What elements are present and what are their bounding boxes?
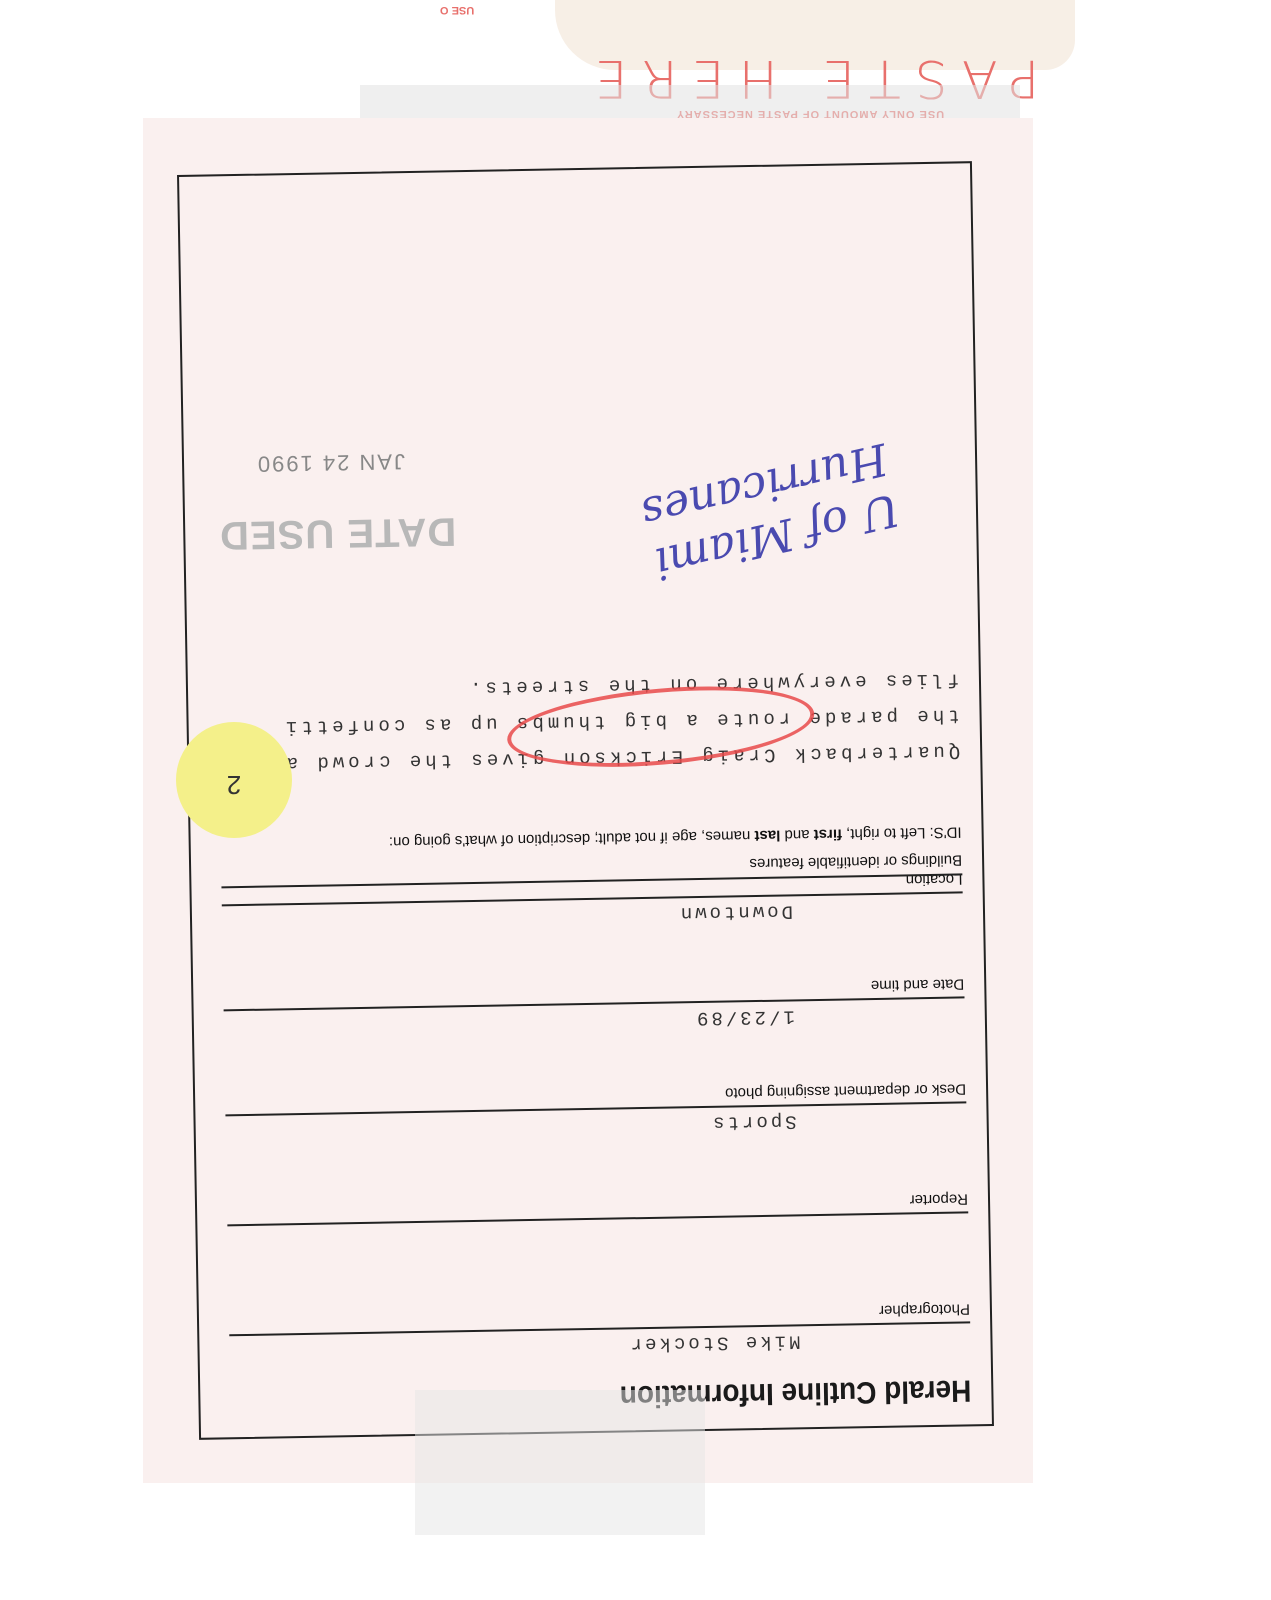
tape-bottom [415,1390,705,1535]
sticker-number: 2 [176,769,292,800]
form-border: Herald Cutline Information Mike Stocker … [177,161,994,1440]
handwritten-note: U of Miami Hurricanes [588,432,904,601]
date-used-stamp: DATE USED [219,508,457,557]
corner-note: USE O [440,4,474,16]
field-photographer: Mike Stocker Photographer [229,1300,971,1362]
field-reporter: Reporter [227,1190,969,1252]
date-stamp: JAN 24 1990 [256,448,406,477]
number-sticker: 2 [176,722,292,838]
ids-instructions: Buildings or identifiable features ID'S:… [221,821,962,862]
field-desk: Sports Desk or department assigning phot… [225,1080,967,1142]
field-date-time: 1/23/89 Date and time [223,975,965,1037]
